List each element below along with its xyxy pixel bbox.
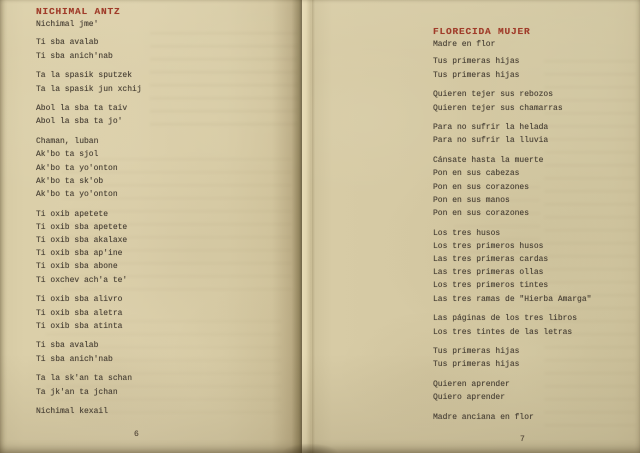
- stanza: Ti oxib sba alivroTi oxib sba aletraTi o…: [36, 293, 142, 333]
- poem-line: Ta jk'an ta jchan: [36, 386, 142, 399]
- poem-line: Los tres husos: [433, 227, 591, 240]
- stanza: Quieren aprenderQuiero aprender: [433, 378, 591, 404]
- poem-line: Quieren tejer sus chamarras: [433, 102, 591, 115]
- right-poem-body: Tus primeras hijasTus primeras hijasQuie…: [433, 55, 591, 424]
- poem-line: Los tres primeros tintes: [433, 279, 591, 292]
- poem-line: Abol la sba ta taiv: [36, 102, 142, 115]
- stanza: Ta la spasik sputzekTa la spasik jun xch…: [36, 69, 142, 95]
- left-poem-body: Ti sba avalabTi sba anich'nabTa la spasi…: [36, 36, 142, 418]
- stanza: Cánsate hasta la muertePon en sus cabeza…: [433, 154, 591, 220]
- poem-line: Quieren aprender: [433, 378, 591, 391]
- poem-line: Cánsate hasta la muerte: [433, 154, 591, 167]
- poem-line: Ti oxib sba ap'ine: [36, 247, 142, 260]
- poem-line: Pon en sus corazones: [433, 207, 591, 220]
- poem-line: Ak'bo ta yo'onton: [36, 162, 142, 175]
- poem-line: Quiero aprender: [433, 391, 591, 404]
- poem-line: Las tres primeras ollas: [433, 266, 591, 279]
- left-poem-title: NICHIMAL ANTZ: [36, 5, 142, 18]
- book-scan: NICHIMAL ANTZ Nichimal jme' Ti sba avala…: [0, 0, 640, 453]
- stanza: Chaman, lubanAk'bo ta sjolAk'bo ta yo'on…: [36, 135, 142, 201]
- poem-line: Pon en sus manos: [433, 194, 591, 207]
- poem-line: Tus primeras hijas: [433, 55, 591, 68]
- right-poem: FLORECIDA MUJER Madre en flor Tus primer…: [433, 25, 591, 431]
- poem-line: Ti oxchev ach'a te': [36, 274, 142, 287]
- poem-line: Ak'bo ta sjol: [36, 148, 142, 161]
- stanza: Madre anciana en flor: [433, 411, 591, 424]
- right-poem-subtitle: Madre en flor: [433, 38, 591, 51]
- poem-line: Ti oxib sba akalaxe: [36, 234, 142, 247]
- page-number-left: 6: [134, 430, 139, 439]
- stanza: Las páginas de los tres librosLos tres t…: [433, 312, 591, 338]
- poem-line: Ti oxib apetete: [36, 208, 142, 221]
- gutter-shadow: [270, 431, 350, 453]
- left-poem-subtitle: Nichimal jme': [36, 18, 142, 31]
- poem-line: Ta la sk'an ta schan: [36, 372, 142, 385]
- poem-line: Abol la sba ta jo': [36, 115, 142, 128]
- poem-line: Ak'bo ta yo'onton: [36, 188, 142, 201]
- stanza: Ti oxib apeteteTi oxib sba apeteteTi oxi…: [36, 208, 142, 287]
- poem-line: Ti oxib sba atinta: [36, 320, 142, 333]
- poem-line: Para no sufrir la helada: [433, 121, 591, 134]
- poem-line: Pon en sus cabezas: [433, 167, 591, 180]
- stanza: Tus primeras hijasTus primeras hijas: [433, 345, 591, 371]
- poem-line: Las tres primeras cardas: [433, 253, 591, 266]
- poem-line: Madre anciana en flor: [433, 411, 591, 424]
- stanza: Abol la sba ta taivAbol la sba ta jo': [36, 102, 142, 128]
- poem-line: Ta la spasik jun xchij: [36, 83, 142, 96]
- stanza: Ti sba avalabTi sba anich'nab: [36, 36, 142, 62]
- stanza: Ti sba avalabTi sba anich'nab: [36, 339, 142, 365]
- poem-line: Ak'bo ta sk'ob: [36, 175, 142, 188]
- stanza: Los tres husosLos tres primeros husosLas…: [433, 227, 591, 306]
- poem-line: Ti oxib sba alivro: [36, 293, 142, 306]
- poem-line: Ti oxib sba apetete: [36, 221, 142, 234]
- poem-line: Ti sba avalab: [36, 339, 142, 352]
- poem-line: Ti sba anich'nab: [36, 353, 142, 366]
- poem-line: Ta la spasik sputzek: [36, 69, 142, 82]
- poem-line: Pon en sus corazones: [433, 181, 591, 194]
- spine-crease: [312, 0, 315, 453]
- poem-line: Tus primeras hijas: [433, 69, 591, 82]
- poem-line: Chaman, luban: [36, 135, 142, 148]
- poem-line: Tus primeras hijas: [433, 358, 591, 371]
- poem-line: Ti sba avalab: [36, 36, 142, 49]
- poem-line: Los tres tintes de las letras: [433, 326, 591, 339]
- stanza: Tus primeras hijasTus primeras hijas: [433, 55, 591, 81]
- left-poem: NICHIMAL ANTZ Nichimal jme' Ti sba avala…: [36, 5, 142, 425]
- poem-line: Las tres ramas de "Hierba Amarga": [433, 293, 591, 306]
- stanza: Ta la sk'an ta schanTa jk'an ta jchan: [36, 372, 142, 398]
- poem-line: Tus primeras hijas: [433, 345, 591, 358]
- poem-line: Quieren tejer sus rebozos: [433, 88, 591, 101]
- page-number-right: 7: [520, 435, 525, 444]
- poem-line: Ti oxib sba abone: [36, 260, 142, 273]
- stanza: Quieren tejer sus rebozosQuieren tejer s…: [433, 88, 591, 114]
- poem-line: Nichimal kexail: [36, 405, 142, 418]
- poem-line: Ti oxib sba aletra: [36, 307, 142, 320]
- poem-line: Ti sba anich'nab: [36, 50, 142, 63]
- poem-line: Los tres primeros husos: [433, 240, 591, 253]
- stanza: Para no sufrir la heladaPara no sufrir l…: [433, 121, 591, 147]
- right-poem-title: FLORECIDA MUJER: [433, 25, 591, 38]
- poem-line: Para no sufrir la lluvia: [433, 134, 591, 147]
- poem-line: Las páginas de los tres libros: [433, 312, 591, 325]
- stanza: Nichimal kexail: [36, 405, 142, 418]
